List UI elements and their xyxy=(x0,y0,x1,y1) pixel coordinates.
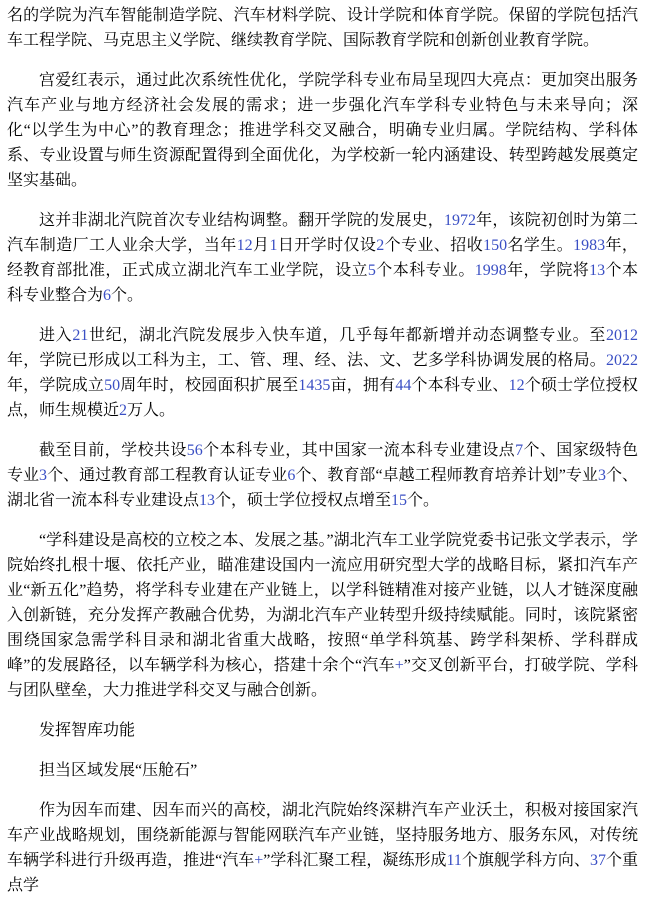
numeric-text: 12 xyxy=(509,377,525,394)
document-page: 名的学院为汽车智能制造学院、汽车材料学院、设计学院和体育学院。保留的学院包括汽车… xyxy=(0,0,645,913)
numeric-text: 15 xyxy=(391,492,407,509)
numeric-text: 1983 xyxy=(573,237,605,254)
numeric-text: 11 xyxy=(446,852,461,869)
numeric-text: 2022 xyxy=(606,352,638,369)
numeric-text: 2012 xyxy=(606,327,638,344)
numeric-text: 37 xyxy=(590,852,606,869)
paragraph: 这并非湖北汽院首次专业结构调整。翻开学院的发展史，1972年，该院初创时为第二汽… xyxy=(7,208,638,308)
numeric-text: 50 xyxy=(104,377,120,394)
numeric-text: 6 xyxy=(287,467,295,484)
numeric-text: 44 xyxy=(395,377,411,394)
numeric-text: 1998 xyxy=(475,262,507,279)
numeric-text: 12 xyxy=(237,237,253,254)
numeric-text: 2 xyxy=(119,402,127,419)
paragraph: 截至目前，学校共设56个本科专业，其中国家一流本科专业建设点7个、国家级特色专业… xyxy=(7,438,638,513)
numeric-text: 1 xyxy=(269,237,277,254)
numeric-text: 3 xyxy=(598,467,606,484)
paragraph: 作为因车而建、因车而兴的高校，湖北汽院始终深耕汽车产业沃土，积极对接国家汽车产业… xyxy=(7,798,638,898)
numeric-text: 6 xyxy=(103,287,111,304)
numeric-text: 1435 xyxy=(298,377,330,394)
paragraph: 发挥智库功能 xyxy=(7,718,638,743)
numeric-text: 13 xyxy=(199,492,215,509)
numeric-text: + xyxy=(395,657,404,674)
numeric-text: 13 xyxy=(589,262,605,279)
numeric-text: 56 xyxy=(187,442,203,459)
numeric-text: 3 xyxy=(39,467,47,484)
numeric-text: 2 xyxy=(376,237,384,254)
numeric-text: 5 xyxy=(368,262,376,279)
numeric-text: 21 xyxy=(72,327,88,344)
numeric-text: 1972 xyxy=(444,212,476,229)
numeric-text: + xyxy=(254,852,263,869)
paragraph: 宫爱红表示，通过此次系统性优化，学院学科专业布局呈现四大亮点：更加突出服务汽车产… xyxy=(7,68,638,193)
paragraph: 进入21世纪，湖北汽院发展步入快车道，几乎每年都新增并动态调整专业。至2012年… xyxy=(7,323,638,423)
paragraph-list: 名的学院为汽车智能制造学院、汽车材料学院、设计学院和体育学院。保留的学院包括汽车… xyxy=(7,3,638,898)
numeric-text: 150 xyxy=(483,237,507,254)
paragraph: “学科建设是高校的立校之本、发展之基。”湖北汽车工业学院党委书记张文学表示，学院… xyxy=(7,528,638,703)
numeric-text: 7 xyxy=(515,442,523,459)
paragraph: 名的学院为汽车智能制造学院、汽车材料学院、设计学院和体育学院。保留的学院包括汽车… xyxy=(7,3,638,53)
paragraph: 担当区域发展“压舱石” xyxy=(7,758,638,783)
